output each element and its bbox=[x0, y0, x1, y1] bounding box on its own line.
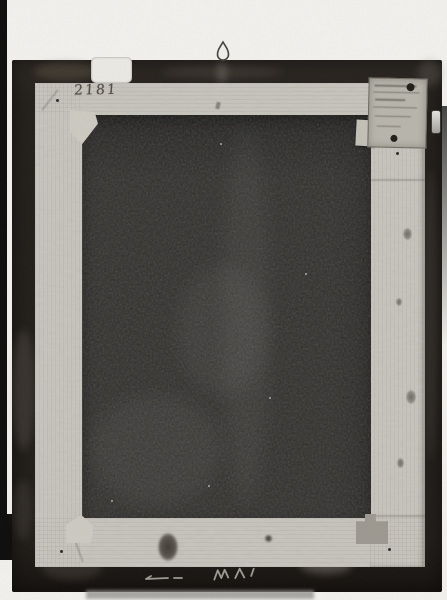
frame-smudge bbox=[12, 330, 35, 450]
museum-label-line bbox=[375, 99, 405, 102]
photo-shadow-right bbox=[442, 106, 447, 346]
museum-label-line bbox=[375, 116, 411, 118]
wood-knot bbox=[406, 390, 416, 404]
seal-dot-icon bbox=[406, 83, 414, 91]
frame-smudge bbox=[14, 480, 32, 540]
nail-head bbox=[396, 152, 399, 155]
wood-knot-large bbox=[158, 533, 178, 561]
frame-smudge bbox=[34, 63, 96, 80]
photograph-back-of-painting: 2181 bbox=[0, 0, 447, 600]
nail-head bbox=[60, 550, 63, 553]
nail-head bbox=[56, 99, 59, 102]
wood-knot bbox=[396, 298, 402, 306]
frame-smudge bbox=[424, 170, 438, 460]
museum-label-line bbox=[373, 91, 419, 93]
ring-shaft-shadow bbox=[217, 62, 227, 84]
museum-label bbox=[367, 77, 427, 148]
wood-knot bbox=[397, 458, 404, 468]
wood-knot bbox=[403, 228, 412, 240]
chalk-scribble bbox=[210, 561, 261, 586]
chalk-dashes bbox=[142, 571, 194, 585]
canvas-texture bbox=[83, 115, 371, 518]
metal-keeper bbox=[431, 110, 441, 134]
photo-left-edge-band bbox=[0, 0, 7, 560]
blank-sticker bbox=[91, 57, 132, 83]
inventory-stamp: 2181 bbox=[73, 81, 144, 100]
hanging-ring-icon bbox=[213, 40, 233, 65]
museum-label-line bbox=[377, 126, 401, 128]
photo-shadow-bottom bbox=[86, 590, 314, 599]
museum-label-line bbox=[373, 106, 417, 108]
nail-head bbox=[388, 548, 391, 551]
picture-frame-back: 2181 bbox=[12, 60, 442, 592]
canvas-back bbox=[82, 115, 371, 518]
seal-dot-icon bbox=[390, 135, 397, 142]
wood-knot-small bbox=[265, 535, 272, 542]
